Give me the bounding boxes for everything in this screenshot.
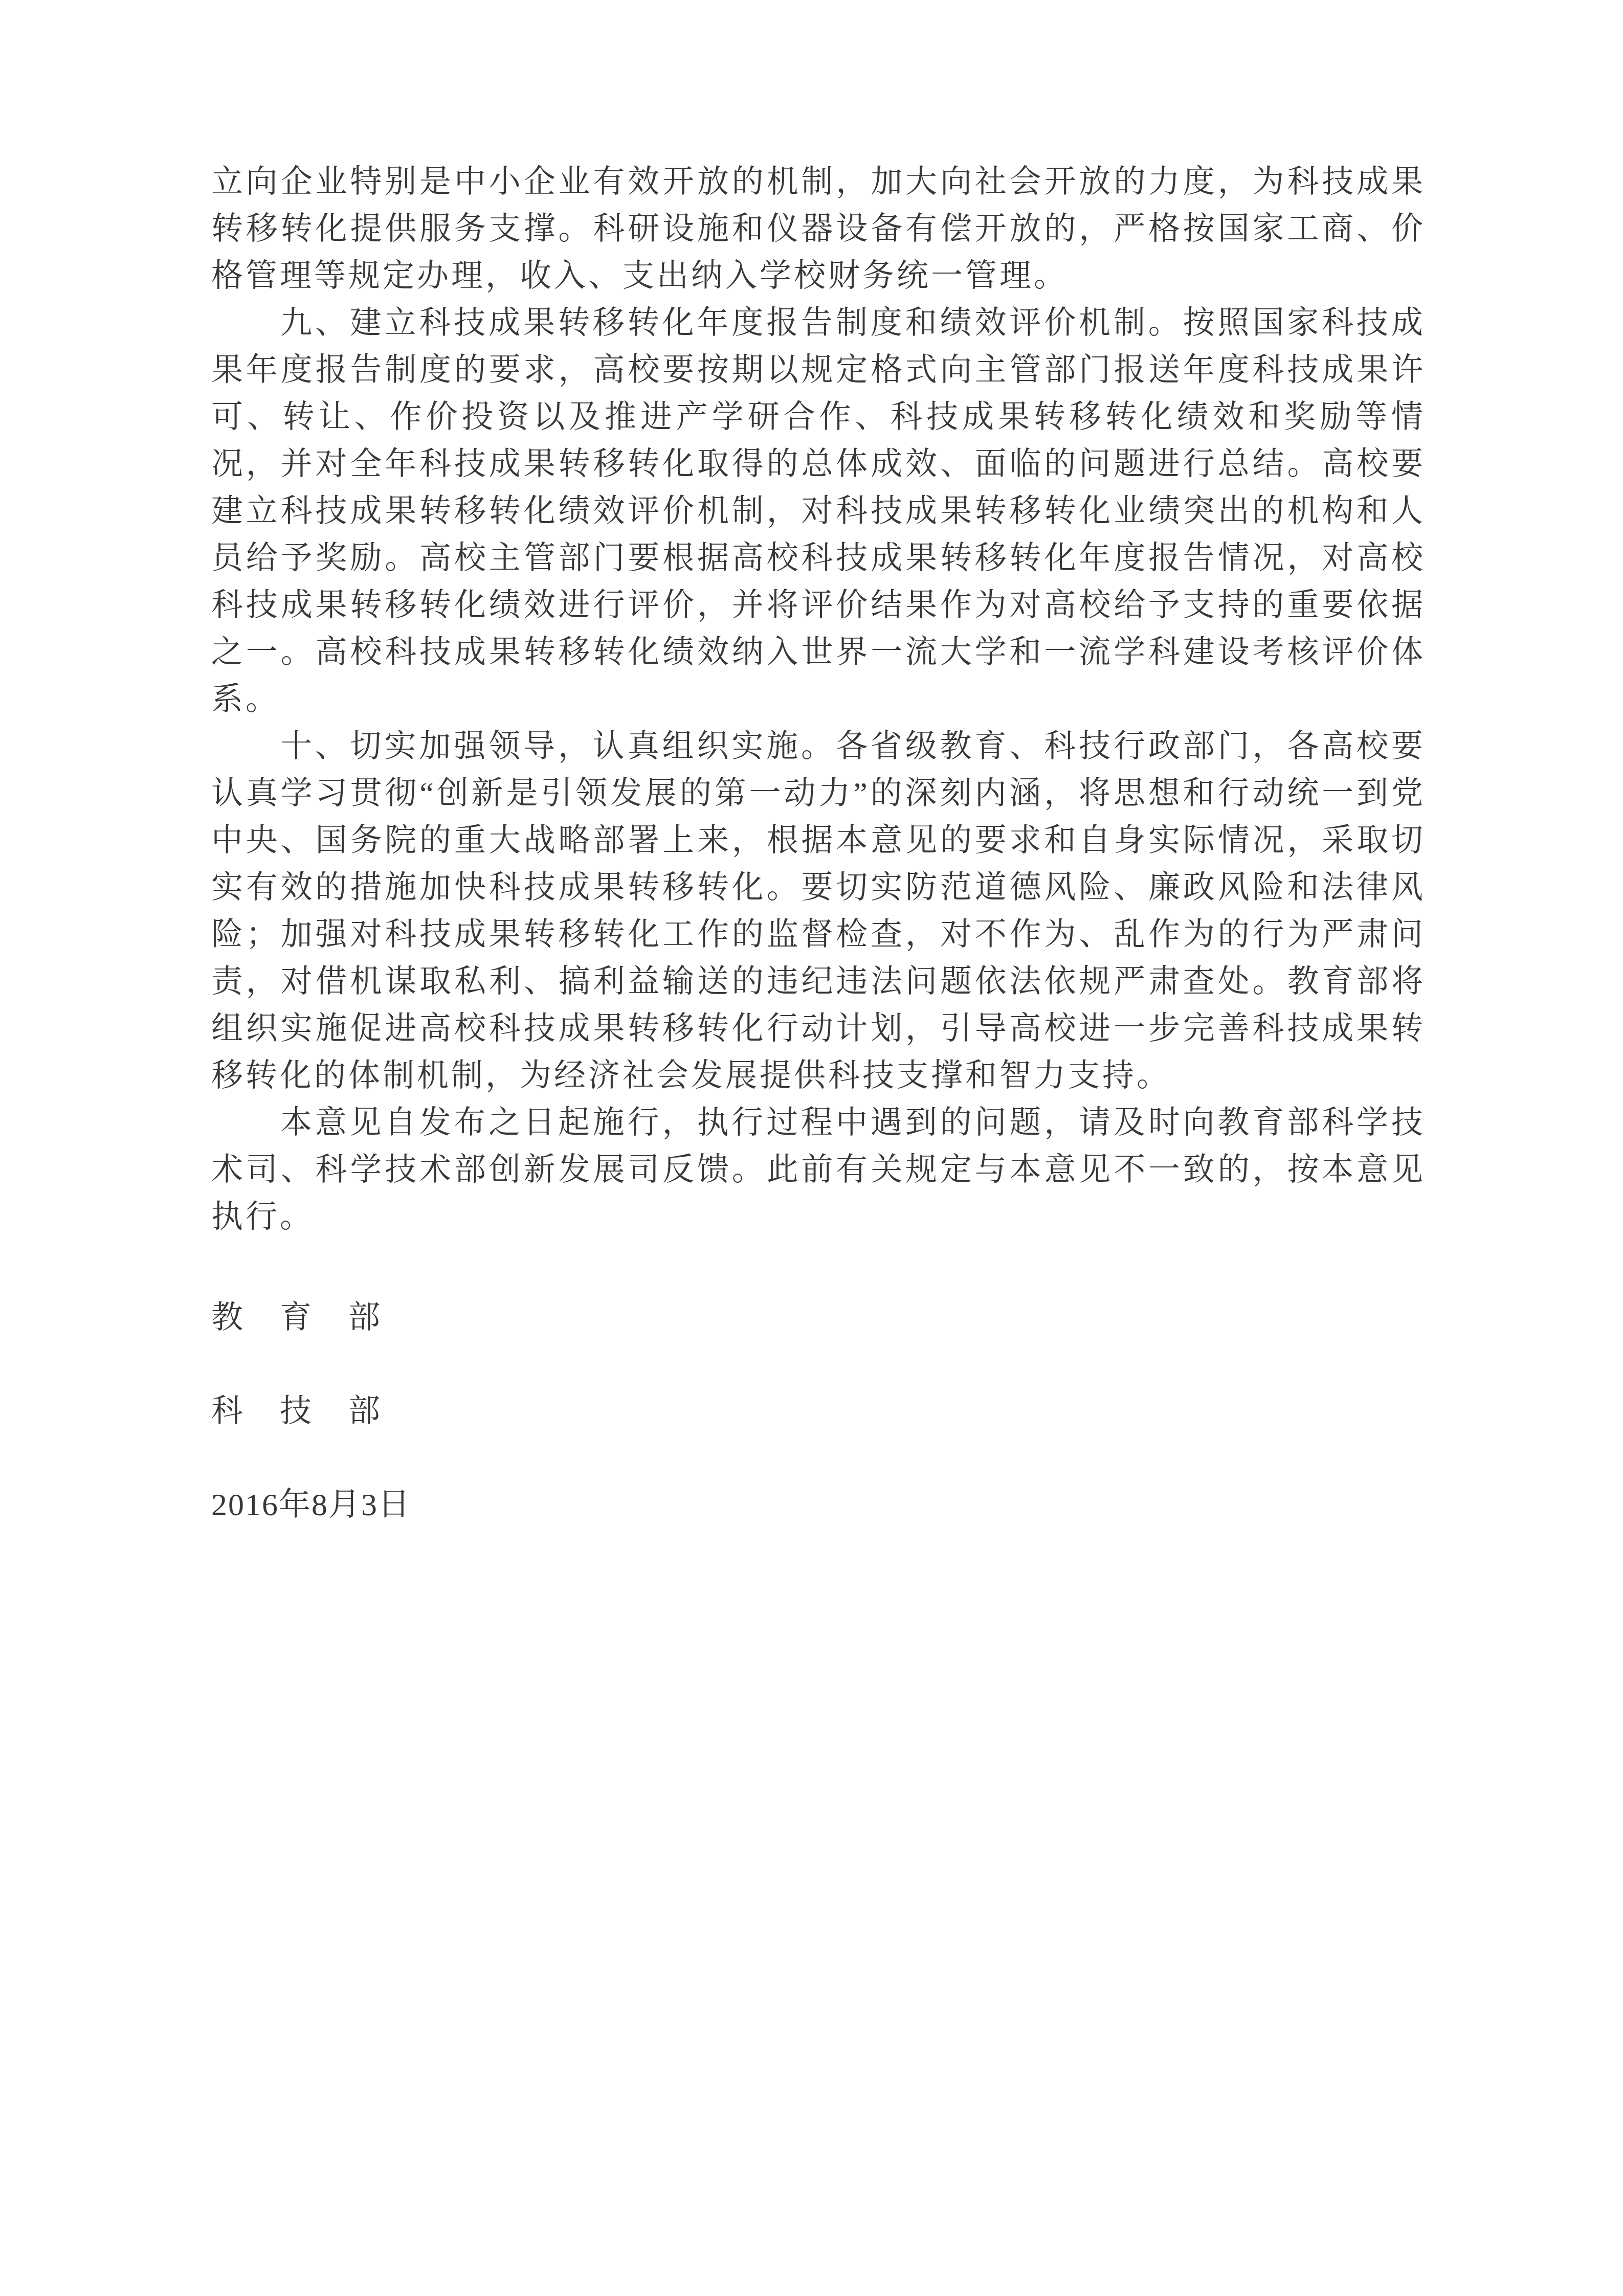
paragraph-continuation: 立向企业特别是中小企业有效开放的机制，加大向社会开放的力度，为科技成果转移转化提…: [211, 159, 1426, 300]
signature-ministry-of-science-and-technology: 科 技 部: [211, 1388, 1426, 1435]
document-page: 立向企业特别是中小企业有效开放的机制，加大向社会开放的力度，为科技成果转移转化提…: [0, 0, 1623, 2296]
signature-ministry-of-education: 教 育 部: [211, 1294, 1426, 1341]
document-date: 2016年8月3日: [211, 1481, 1426, 1528]
paragraph-closing: 本意见自发布之日起施行，执行过程中遇到的问题，请及时向教育部科学技术司、科学技术…: [211, 1099, 1426, 1241]
signature-block: 教 育 部 科 技 部 2016年8月3日: [211, 1294, 1426, 1528]
document-body: 立向企业特别是中小企业有效开放的机制，加大向社会开放的力度，为科技成果转移转化提…: [211, 159, 1426, 1528]
paragraph-item-ten: 十、切实加强领导，认真组织实施。各省级教育、科技行政部门，各高校要认真学习贯彻“…: [211, 723, 1426, 1099]
paragraph-item-nine: 九、建立科技成果转移转化年度报告制度和绩效评价机制。按照国家科技成果年度报告制度…: [211, 300, 1426, 723]
